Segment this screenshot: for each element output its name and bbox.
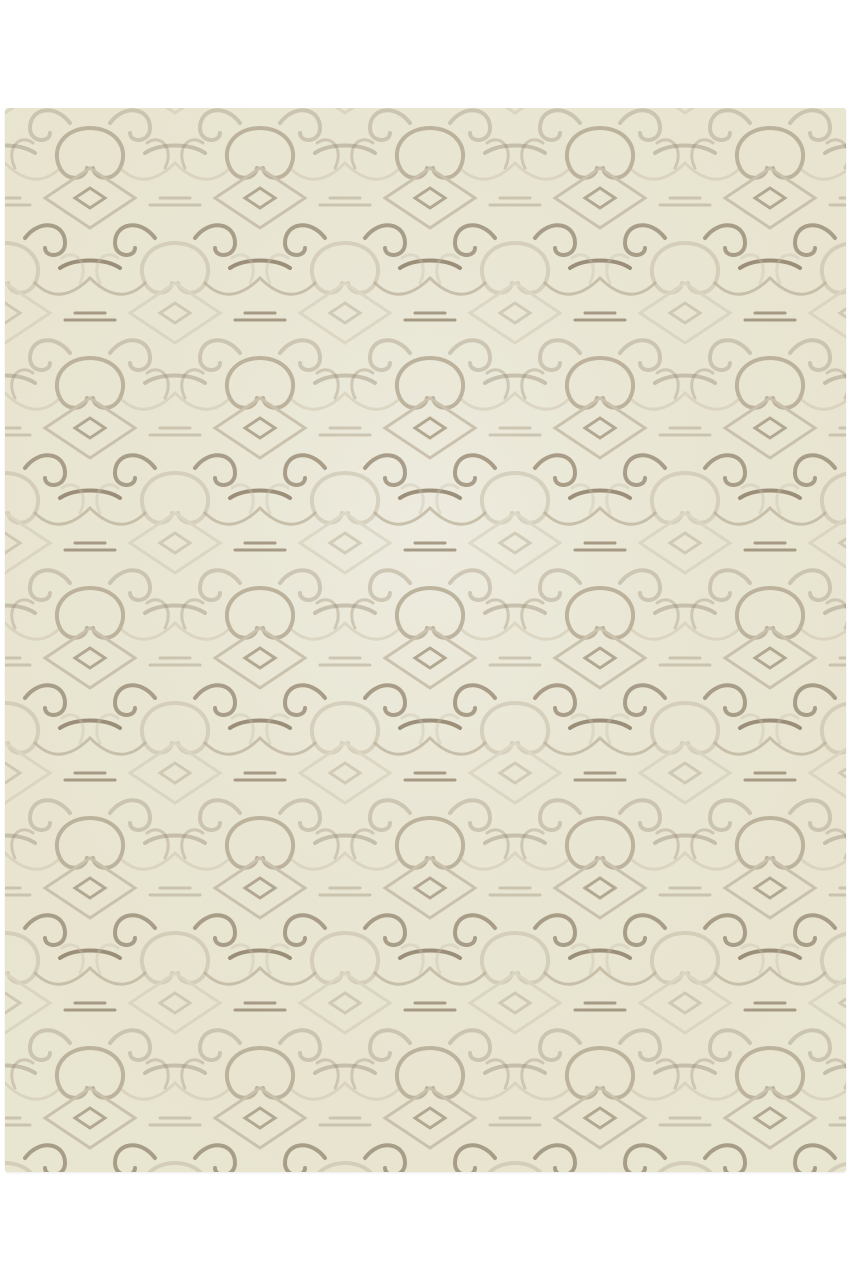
damask-pattern [5, 108, 846, 1172]
rug-photo [5, 108, 846, 1172]
